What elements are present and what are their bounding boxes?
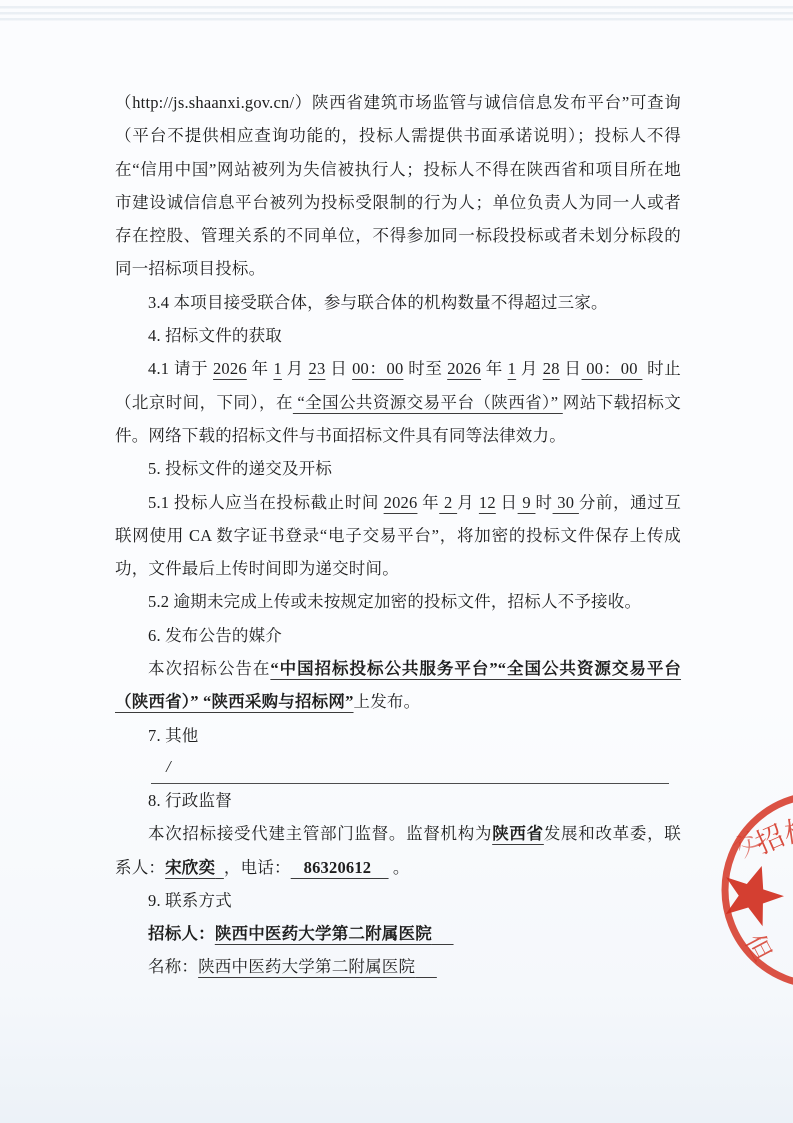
para-tenderer-name: 名称：陕西中医药大学第二附属医院 xyxy=(115,950,681,983)
stamp-char-1: 交 xyxy=(729,826,765,862)
stamp-char-4: 但 xyxy=(739,930,777,967)
para-8-supervision-body: 本次招标接受代建主管部门监督。监督机构为陕西省发展和改革委，联系人：宋欣奕 ，电… xyxy=(115,817,681,884)
red-stamp: 交 招 标 但 xyxy=(688,790,793,1020)
scan-artifact-band xyxy=(0,6,793,22)
heading-7-other: 7. 其他 xyxy=(115,719,681,752)
para-tenderer: 招标人：陕西中医药大学第二附属医院 xyxy=(115,917,681,950)
heading-9-contact: 9. 联系方式 xyxy=(115,884,681,917)
stamp-circle xyxy=(725,795,793,985)
para-4-1-download-period: 4.1 请于 2026 年 1 月 23 日 00：00 时至 2026 年 1… xyxy=(115,352,681,452)
stamp-char-3: 标 xyxy=(783,814,793,850)
document-body: （http://js.shaanxi.gov.cn/）陕西省建筑市场监管与诚信信… xyxy=(115,86,681,984)
para-credit-platform-query: （http://js.shaanxi.gov.cn/）陕西省建筑市场监管与诚信信… xyxy=(115,86,681,286)
stamp-char-2: 招 xyxy=(751,820,790,861)
heading-4-document-acquisition: 4. 招标文件的获取 xyxy=(115,319,681,352)
scanned-document-page: { "page": { "kind": "scanned tender anno… xyxy=(0,0,793,1123)
slash-fill-line: / xyxy=(151,752,669,784)
para-5-2-late-rejection: 5.2 逾期未完成上传或未按规定加密的投标文件，招标人不予接收。 xyxy=(115,585,681,618)
heading-5-submission-opening: 5. 投标文件的递交及开标 xyxy=(115,452,681,485)
para-3-4-consortium: 3.4 本项目接受联合体，参与联合体的机构数量不得超过三家。 xyxy=(115,286,681,319)
para-5-1-deadline: 5.1 投标人应当在投标截止时间 2026 年 2 月 12 日 9 时 30 … xyxy=(115,486,681,586)
heading-8-admin-supervision: 8. 行政监督 xyxy=(115,784,681,817)
stamp-star-icon xyxy=(715,857,791,930)
para-6-media-list: 本次招标公告在“中国招标投标公共服务平台”“全国公共资源交易平台（陕西省）” “… xyxy=(115,652,681,719)
heading-6-announcement-media: 6. 发布公告的媒介 xyxy=(115,619,681,652)
